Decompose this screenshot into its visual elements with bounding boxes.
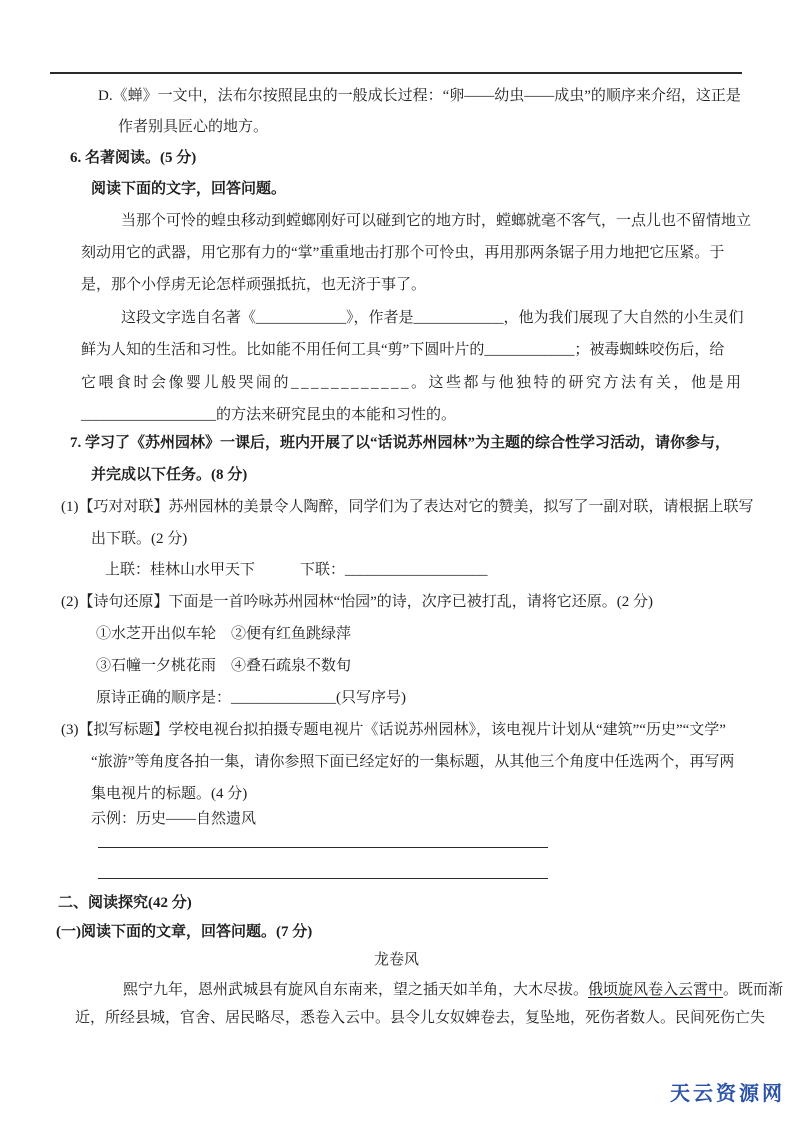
question-7-heading-cont: 并完成以下任务。(8 分) xyxy=(91,465,247,485)
answer-rule-1 xyxy=(98,847,548,848)
fill-blank-line-1: 这段文字选自名著《____________》，作者是____________，他… xyxy=(121,308,744,328)
question-6-heading: 6. 名著阅读。(5 分) xyxy=(70,148,196,168)
reading-1-heading: (一)阅读下面的文章，回答问题。(7 分) xyxy=(56,922,312,942)
task-3-cont-2: 集电视片的标题。(4 分) xyxy=(91,784,247,804)
task-1-cont: 出下联。(2 分) xyxy=(91,529,187,549)
task-1-line: (1)【巧对对联】苏州园林的美景令人陶醉，同学们为了表达对它的赞美，拟写了一副对… xyxy=(61,497,754,517)
task-3-cont-1: “旅游”等角度各拍一集，请你参照下面已经定好的一集标题，从其他三个角度中任选两个… xyxy=(91,752,734,772)
fill-blank-line-2: 鲜为人知的生活和习性。比如能不用任何工具“剪”下圆叶片的____________… xyxy=(81,340,724,360)
question-6-instruction: 阅读下面的文字，回答问题。 xyxy=(91,179,286,199)
document-page: D.《蝉》一文中，法布尔按照昆虫的一般成长过程：“卵——幼虫——成虫”的顺序来介… xyxy=(0,0,793,1122)
option-d-line: D.《蝉》一文中，法布尔按照昆虫的一般成长过程：“卵——幼虫——成虫”的顺序来介… xyxy=(98,86,741,106)
top-divider xyxy=(50,72,742,74)
couplet-line: 上联：桂林山水甲天下 下联：___________________ xyxy=(105,560,488,580)
passage-title: 龙卷风 xyxy=(0,950,793,970)
verse-line-34: ③石幢一夕桃花雨 ④叠石疏泉不数旬 xyxy=(96,656,351,676)
fill-blank-line-4: __________________的方法来研究昆虫的本能和习性的。 xyxy=(81,405,456,425)
fill-blank-line-3: 它喂食时会像婴儿般哭闹的____________。这些都与他独特的研究方法有关，… xyxy=(81,373,744,393)
passage-line-1: 当那个可怜的蝗虫移动到螳螂刚好可以碰到它的地方时，螳螂就毫不客气，一点儿也不留情… xyxy=(121,211,751,231)
tornado-line-1: 熙宁九年，恩州武城县有旋风自东南来，望之插天如羊角，大木尽拔。俄顷旋风卷入云霄中… xyxy=(123,980,783,1000)
passage-line-3: 是，那个小俘虏无论怎样顽强抵抗，也无济于事了。 xyxy=(81,275,426,295)
task-2-line: (2)【诗句还原】下面是一首吟咏苏州园林“怡园”的诗，次序已被打乱，请将它还原。… xyxy=(61,592,653,612)
task-3-line: (3)【拟写标题】学校电视台拟拍摄专题电视片《话说苏州园林》，该电视片计划从“建… xyxy=(61,720,726,740)
verse-line-12: ①水芝开出似车轮 ②便有红鱼跳绿萍 xyxy=(96,624,351,644)
option-d-line-cont: 作者别具匠心的地方。 xyxy=(118,117,268,137)
passage-line-2: 刻动用它的武器，用它那有力的“掌”重重地击打那个可怜虫，再用那两条锯子用力地把它… xyxy=(81,243,724,263)
answer-rule-2 xyxy=(98,878,548,879)
question-7-heading: 7. 学习了《苏州园林》一课后，班内开展了以“话说苏州园林”为主题的综合性学习活… xyxy=(70,433,730,453)
section-2-heading: 二、阅读探究(42 分) xyxy=(58,893,192,913)
example-line: 示例：历史——自然遗风 xyxy=(91,809,256,829)
verse-order-line: 原诗正确的顺序是：______________(只写序号) xyxy=(96,688,406,708)
tornado-line-2: 近，所经县城，官舍、居民略尽，悉卷入云中。县令儿女奴婢卷去，复坠地，死伤者数人。… xyxy=(75,1008,765,1028)
site-watermark: 天云资源网 xyxy=(670,1077,785,1106)
